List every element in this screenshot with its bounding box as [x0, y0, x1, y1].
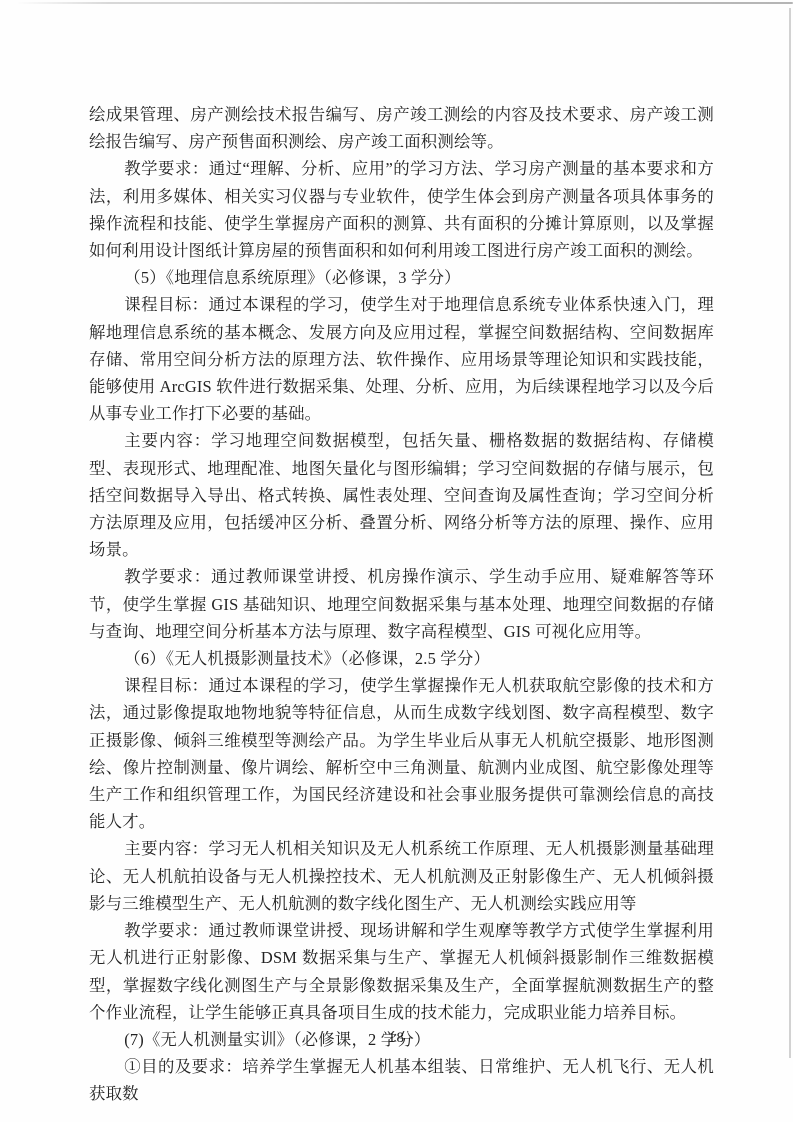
course-6-objectives: 课程目标：通过本课程的学习，使学生掌握操作无人机获取航空影像的技术和方法，通过影… — [89, 672, 714, 835]
scan-artifact-top-edge — [16, 2, 793, 4]
course-6-main-content: 主要内容：学习无人机相关知识及无人机系统工作原理、无人机摄影测量基础理论、无人机… — [89, 835, 714, 917]
course-6-heading: （6）《无人机摄影测量技术》（必修课，2.5 学分） — [89, 645, 714, 672]
course-6-teaching-requirements: 教学要求：通过教师课堂讲授、现场讲解和学生观摩等教学方式使学生掌握利用无人机进行… — [89, 917, 714, 1026]
scan-artifact-right-edge — [789, 8, 791, 1058]
course-7-purpose: ①目的及要求：培养学生掌握无人机基本组装、日常维护、无人机飞行、无人机获取数 — [89, 1053, 714, 1107]
document-body: 绘成果管理、房产测绘技术报告编写、房产竣工测绘的内容及技术要求、房产竣工测绘报告… — [89, 101, 714, 1108]
course-5-heading: （5）《地理信息系统原理》（必修课，3 学分） — [89, 264, 714, 291]
property-survey-teaching-requirements: 教学要求：通过“理解、分析、应用”的学习方法、学习房产测量的基本要求和方法，利用… — [89, 155, 714, 264]
scanned-document-page: 绘成果管理、房产测绘技术报告编写、房产竣工测绘的内容及技术要求、房产竣工测绘报告… — [0, 0, 793, 1122]
page-number: 18 — [0, 1028, 793, 1048]
continuation-paragraph: 绘成果管理、房产测绘技术报告编写、房产竣工测绘的内容及技术要求、房产竣工测绘报告… — [89, 101, 714, 155]
course-5-teaching-requirements: 教学要求：通过教师课堂讲授、机房操作演示、学生动手应用、疑难解答等环节，使学生掌… — [89, 563, 714, 645]
course-5-objectives: 课程目标：通过本课程的学习，使学生对于地理信息系统专业体系快速入门，理解地理信息… — [89, 291, 714, 427]
course-5-main-content: 主要内容：学习地理空间数据模型，包括矢量、栅格数据的数据结构、存储模型、表现形式… — [89, 427, 714, 563]
